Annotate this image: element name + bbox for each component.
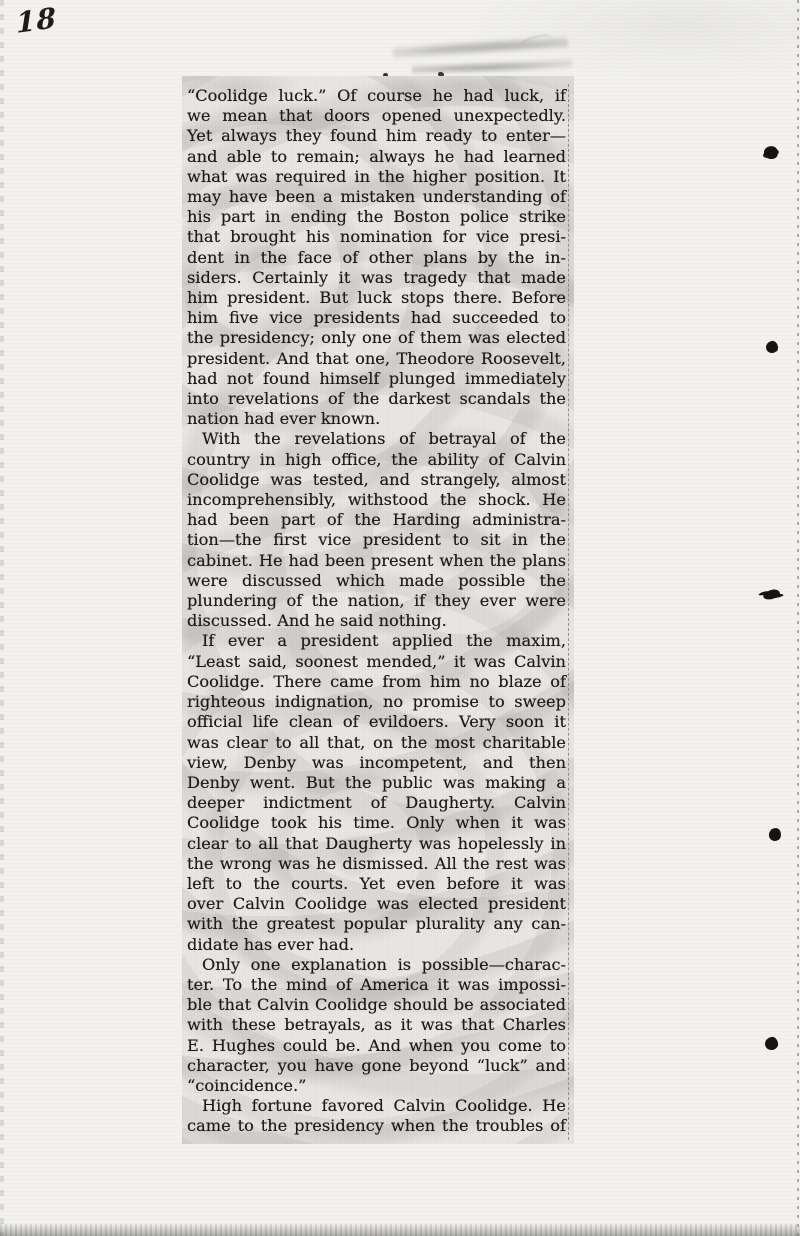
article-paragraph: If ever a president applied the maxim,“L… — [187, 631, 566, 954]
article-line: cabinet. He had been present when the pl… — [187, 551, 566, 571]
ink-blot — [764, 1036, 778, 1050]
article-line: Only one explanation is possible—charac- — [187, 955, 566, 975]
article-line: had not found himself plunged immediatel… — [187, 369, 566, 389]
article-line: nation had ever known. — [187, 409, 566, 429]
article-line: what was required in the higher position… — [187, 167, 566, 187]
article-line: the presidency; only one of them was ele… — [187, 328, 566, 348]
article-line: was clear to all that, on the most chari… — [187, 733, 566, 753]
article-line: Denby went. But the public was making a — [187, 773, 566, 793]
article-line: him five vice presidents had succeeded t… — [187, 308, 566, 328]
article-paragraph: With the revelations of betrayal of thec… — [187, 429, 566, 631]
article-line: country in high office, the ability of C… — [187, 450, 566, 470]
article-line: If ever a president applied the maxim, — [187, 631, 566, 651]
scan-edge — [797, 0, 799, 1236]
article-line: that brought his nomination for vice pre… — [187, 227, 566, 247]
pencil-smudge — [519, 32, 555, 54]
ink-blot — [762, 588, 781, 601]
article-line: and able to remain; always he had learne… — [187, 147, 566, 167]
article-line: Coolidge was tested, and strangely, almo… — [187, 470, 566, 490]
article-line: E. Hughes could be. And when you come to — [187, 1036, 566, 1056]
article-line: dent in the face of other plans by the i… — [187, 248, 566, 268]
article-line: plundering of the nation, if they ever w… — [187, 591, 566, 611]
pencil-smudge — [412, 57, 572, 77]
article-line: official life clean of evildoers. Very s… — [187, 712, 566, 732]
ink-blot — [768, 827, 782, 842]
scanned-page: 18 “Coolidge luck.” Of course he had luc… — [0, 0, 800, 1236]
pencil-smudge — [393, 35, 569, 59]
article-line: deeper indictment of Daugherty. Calvin — [187, 793, 566, 813]
article-line: view, Denby was incompetent, and then — [187, 753, 566, 773]
article-line: Coolidge. There came from him no blaze o… — [187, 672, 566, 692]
article-paragraph: Only one explanation is possible—charac-… — [187, 955, 566, 1096]
article-line: ble that Calvin Coolidge should be assoc… — [187, 995, 566, 1015]
article-text: “Coolidge luck.” Of course he had luck, … — [187, 86, 566, 1137]
article-line: him president. But luck stops there. Bef… — [187, 288, 566, 308]
article-line: over Calvin Coolidge was elected preside… — [187, 894, 566, 914]
article-line: with these betrayals, as it was that Cha… — [187, 1015, 566, 1035]
article-line: we mean that doors opened unexpectedly. — [187, 106, 566, 126]
article-line: incomprehensibly, withstood the shock. H… — [187, 490, 566, 510]
article-line: into revelations of the darkest scandals… — [187, 389, 566, 409]
article-line: tion—the first vice president to sit in … — [187, 530, 566, 550]
scan-edge — [0, 0, 4, 1236]
article-line: discussed. And he said nothing. — [187, 611, 566, 631]
handwritten-page-number: 18 — [16, 1, 58, 40]
column-rule — [568, 84, 569, 1140]
article-paragraph: “Coolidge luck.” Of course he had luck, … — [187, 86, 566, 429]
article-line: his part in ending the Boston police str… — [187, 207, 566, 227]
article-line: High fortune favored Calvin Coolidge. He — [187, 1096, 566, 1116]
article-line: With the revelations of betrayal of the — [187, 429, 566, 449]
ink-blot — [765, 340, 779, 354]
article-line: were discussed which made possible the — [187, 571, 566, 591]
newspaper-clipping: “Coolidge luck.” Of course he had luck, … — [182, 76, 574, 1144]
article-line: president. And that one, Theodore Roosev… — [187, 349, 566, 369]
article-line: character, you have gone beyond “luck” a… — [187, 1056, 566, 1076]
article-line: clear to all that Daugherty was hopeless… — [187, 834, 566, 854]
article-line: “Least said, soonest mended,” it was Cal… — [187, 652, 566, 672]
article-line: ter. To the mind of America it was impos… — [187, 975, 566, 995]
article-line: didate has ever had. — [187, 935, 566, 955]
article-line: siders. Certainly it was tragedy that ma… — [187, 268, 566, 288]
article-line: “Coolidge luck.” Of course he had luck, … — [187, 86, 566, 106]
article-line: may have been a mistaken understanding o… — [187, 187, 566, 207]
article-line: Yet always they found him ready to enter… — [187, 126, 566, 146]
article-line: came to the presidency when the troubles… — [187, 1116, 566, 1136]
ink-blot — [763, 144, 780, 160]
article-line: “coincidence.” — [187, 1076, 566, 1096]
scan-edge — [0, 1224, 800, 1236]
article-line: the wrong was he dismissed. All the rest… — [187, 854, 566, 874]
article-line: left to the courts. Yet even before it w… — [187, 874, 566, 894]
article-line: righteous indignation, no promise to swe… — [187, 692, 566, 712]
article-line: Coolidge took his time. Only when it was — [187, 813, 566, 833]
article-line: had been part of the Harding administra- — [187, 510, 566, 530]
article-line: with the greatest popular plurality any … — [187, 914, 566, 934]
article-paragraph: High fortune favored Calvin Coolidge. He… — [187, 1096, 566, 1136]
